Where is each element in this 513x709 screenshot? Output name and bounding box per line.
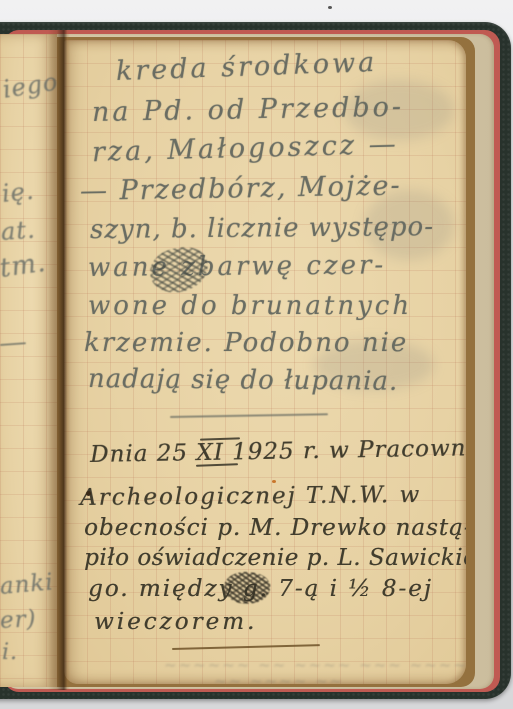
left-fragment: er) xyxy=(0,608,37,633)
handwritten-line: wane zbarwę czer- xyxy=(88,252,386,281)
bleedthrough-ghost-text: ~~ ~~~~ ~~ xyxy=(214,672,344,684)
handwritten-line: krzemie. Podobno nie xyxy=(84,330,408,356)
left-page-sliver: iego ię. at. tm. anki er) i. xyxy=(0,34,57,687)
left-fragment: ię. xyxy=(1,179,36,206)
dust-speck xyxy=(86,491,91,496)
dust-speck xyxy=(328,6,332,9)
handwritten-line: — Przedbórz, Mojże- xyxy=(80,172,402,205)
scanned-notebook-photo: iego ię. at. tm. anki er) i. kreda środk… xyxy=(0,0,513,709)
left-fragment: iego xyxy=(1,69,57,101)
dust-speck xyxy=(272,480,276,483)
section-divider-line xyxy=(170,413,328,418)
handwritten-line: piło oświadczenie p. L. Sawickie- xyxy=(84,547,466,570)
handwritten-line: Archeologicznej T.N.W. w xyxy=(80,484,421,510)
notebook-page: kreda środkowa na Pd. od Przedbo- rza, M… xyxy=(64,40,466,684)
handwritten-line: na Pd. od Przedbo- xyxy=(92,94,404,126)
section-divider-line-bottom xyxy=(172,644,320,650)
left-fragment: at. xyxy=(0,218,36,244)
handwritten-line: wone do brunatnych xyxy=(88,293,412,319)
handwritten-line: Dnia 25 XI 1925 r. w Pracowni xyxy=(90,437,466,467)
handwritten-line: wieczorem. xyxy=(94,611,257,634)
handwritten-line: rza, Małogoszcz — xyxy=(92,131,399,166)
left-fragment: anki xyxy=(0,571,55,599)
roman-numeral-underline xyxy=(196,463,238,466)
handwritten-line: obecności p. M. Drewko nastą- xyxy=(84,517,466,540)
left-fragment: tm. xyxy=(0,250,48,282)
handwritten-line: nadają się do łupania. xyxy=(88,366,398,395)
handwritten-line: szyn, b. licznie występo- xyxy=(90,214,434,243)
left-fragment: i. xyxy=(2,642,18,664)
handwritten-line: kreda środkowa xyxy=(116,49,378,85)
left-fragment-dash xyxy=(0,342,26,346)
